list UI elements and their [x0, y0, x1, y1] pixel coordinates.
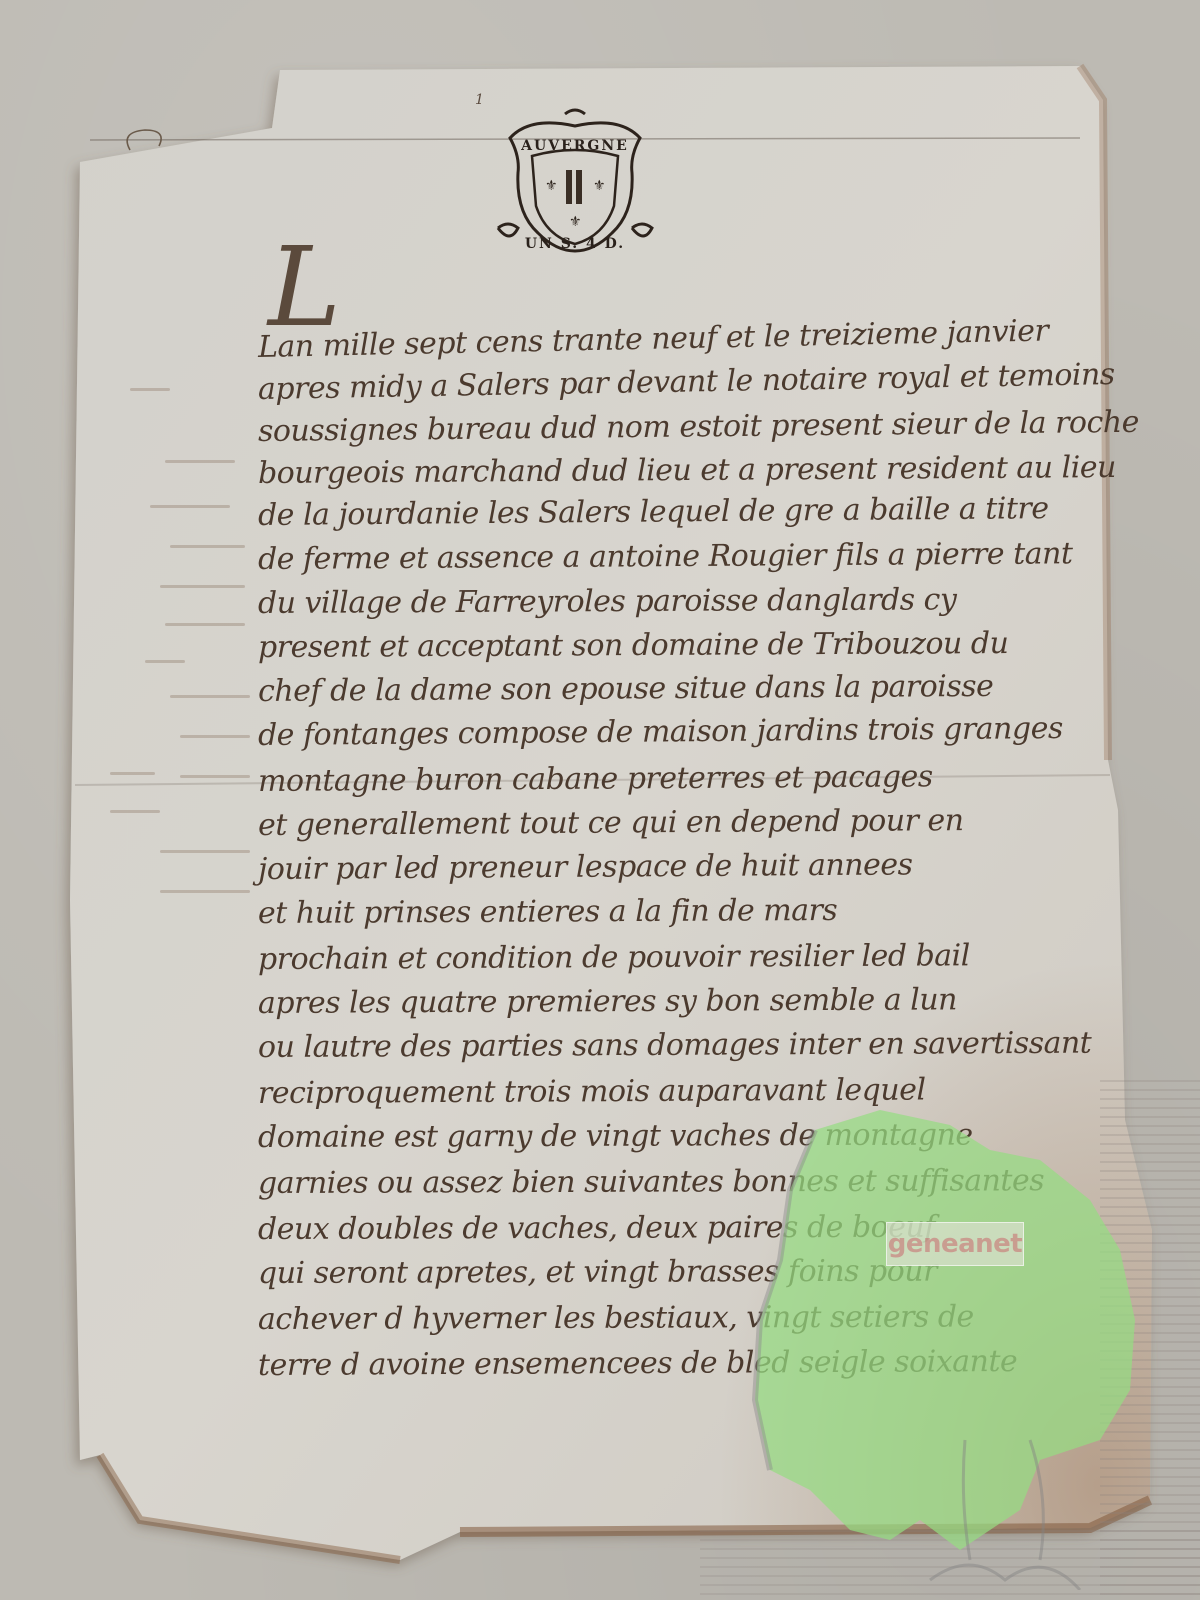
text-line: et generallement tout ce qui en depend p…	[258, 803, 964, 843]
text-line: domaine est garny de vingt vaches de mon…	[258, 1118, 973, 1155]
text-line: de ferme et assence a antoine Rougier fi…	[258, 536, 1073, 577]
text-line: chef de la dame son epouse situe dans la…	[258, 669, 994, 709]
text-line: de fontanges compose de maison jardins t…	[258, 711, 1063, 753]
text-line: montagne buron cabane preterres et pacag…	[258, 759, 933, 799]
document-photo: 1 ⚜ ⚜ ⚜ AUVERGNE UN S. 4 D. L	[0, 0, 1200, 1600]
scan-artifact	[700, 1530, 1200, 1600]
text-line: garnies ou assez bien suivantes bonnes e…	[258, 1163, 1044, 1201]
margin-mark	[160, 585, 245, 588]
text-line: bourgeois marchand dud lieu et a present…	[258, 450, 1116, 491]
text-line: achever d hyverner les bestiaux, vingt s…	[258, 1300, 974, 1337]
svg-text:⚜: ⚜	[569, 214, 582, 230]
margin-mark	[160, 850, 250, 853]
scan-artifact	[1100, 1080, 1200, 1600]
margin-mark	[170, 695, 250, 698]
text-line: apres les quatre premieres sy bon semble…	[258, 982, 957, 1021]
text-line: du village de Farreyroles paroisse dangl…	[258, 582, 957, 621]
svg-text:⚜: ⚜	[593, 178, 606, 194]
margin-mark	[110, 810, 160, 813]
text-line: de la jourdanie les Salers lequel de gre…	[258, 491, 1049, 533]
text-line: deux doubles de vaches, deux paires de b…	[258, 1210, 935, 1247]
text-line: et huit prinses entieres a la fin de mar…	[258, 893, 837, 931]
margin-mark	[145, 660, 185, 663]
text-line: present et acceptant son domaine de Trib…	[258, 626, 1009, 665]
page-number: 1	[475, 92, 484, 108]
margin-mark	[110, 772, 155, 775]
text-line: ou lautre des parties sans domages inter…	[258, 1026, 1092, 1065]
text-line: terre d avoine ensemencees de bled seigl…	[258, 1344, 1017, 1383]
margin-mark	[165, 623, 245, 626]
margin-mark	[180, 775, 250, 778]
stamp-value-text: UN S. 4 D.	[490, 236, 660, 252]
margin-mark	[150, 505, 230, 508]
text-line: jouir par led preneur lespace de huit an…	[258, 847, 913, 887]
text-line: prochain et condition de pouvoir resilie…	[258, 938, 970, 977]
stamp-region-text: AUVERGNE	[490, 138, 660, 154]
margin-mark	[160, 890, 250, 893]
svg-text:⚜: ⚜	[545, 178, 558, 194]
margin-mark	[165, 460, 235, 463]
margin-mark	[180, 735, 250, 738]
margin-mark	[170, 545, 245, 548]
auvergne-tax-stamp: ⚜ ⚜ ⚜ AUVERGNE UN S. 4 D.	[490, 108, 660, 268]
margin-mark	[130, 388, 170, 391]
decorative-initial: L	[268, 232, 341, 342]
watermark-badge: geneanet	[886, 1222, 1024, 1266]
watermark-badge-text: geneanet	[888, 1229, 1023, 1259]
text-line: qui seront apretes, et vingt brasses foi…	[258, 1254, 937, 1291]
text-line: reciproquement trois mois auparavant leq…	[258, 1073, 926, 1111]
